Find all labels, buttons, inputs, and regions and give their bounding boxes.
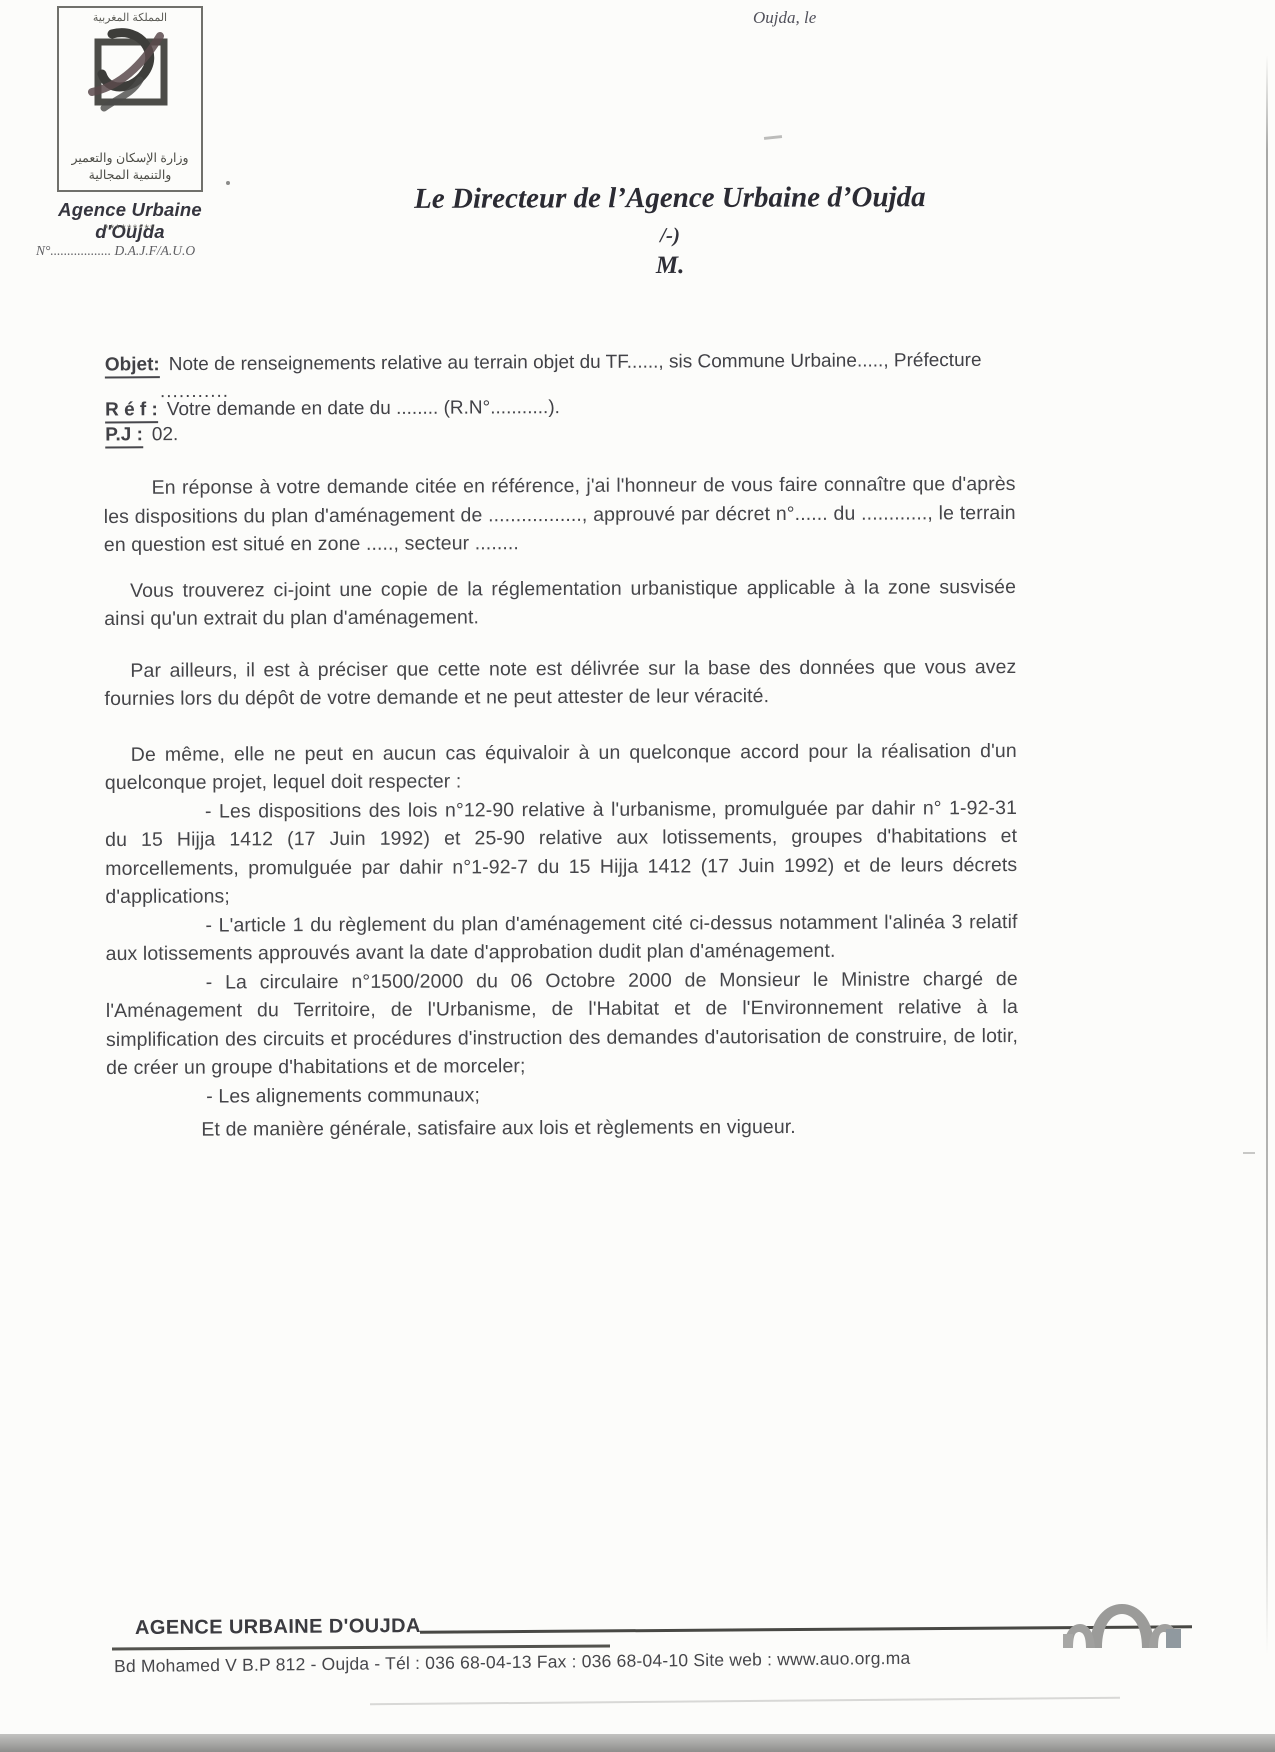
kingdom-name-arabic: المملكة المغربية	[59, 11, 201, 24]
ministry-name-arabic: وزارة الإسكان والتعمير والتنمية المجالية	[59, 150, 201, 184]
title-mark: /-)	[170, 221, 1170, 249]
paragraph-response: En réponse à votre demande citée en réfé…	[104, 470, 1016, 559]
bullet-circulaire-1500-2000: - La circulaire n°1500/2000 du 06 Octobr…	[106, 965, 1018, 1083]
paragraph-attachments: Vous trouverez ci-joint une copie de la …	[104, 573, 1016, 634]
ministry-name-line1: وزارة الإسكان والتعمير	[59, 150, 201, 167]
ref-label: R é f :	[105, 399, 158, 423]
footer-rule-bottom	[112, 1644, 610, 1650]
salutation: M.	[170, 250, 1170, 281]
paragraph-no-agreement: De même, elle ne peut en aucun cas équiv…	[105, 737, 1017, 798]
pj-line: P.J :02.	[105, 420, 1045, 447]
footer-address: Bd Mohamed V B.P 812 - Oujda - Tél : 036…	[114, 1648, 911, 1677]
scan-edge-vertical-line	[1266, 55, 1268, 1655]
scanner-bottom-bar	[0, 1734, 1275, 1752]
ref-line: R é f :Votre demande en date du ........…	[105, 395, 1045, 422]
title-block: Le Directeur de l’Agence Urbaine d’Oujda…	[170, 180, 1170, 281]
scan-page-edge-line	[370, 1697, 1120, 1706]
ref-text: Votre demande en date du ........ (R.N°.…	[167, 397, 560, 420]
pj-text: 02.	[152, 424, 179, 445]
scan-artifact-dash-small	[1243, 1152, 1255, 1154]
paragraph-closing: Et de manière générale, satisfaire aux l…	[106, 1112, 1018, 1144]
bullet-alignements: - Les alignements communaux;	[106, 1079, 1018, 1111]
scanned-letter-page: المملكة المغربية وزارة الإسكان والتعمير …	[0, 0, 1275, 1752]
objet-label: Objet:	[105, 354, 160, 378]
arch-monument-icon	[1062, 1596, 1182, 1648]
pj-label: P.J :	[105, 424, 143, 448]
ministry-logo-icon	[78, 28, 182, 124]
meta-block: Objet:Note de renseignements relative au…	[105, 350, 1045, 447]
scan-artifact-dash	[764, 135, 782, 140]
objet-line: Objet:Note de renseignements relative au…	[105, 350, 1045, 377]
letter-body: En réponse à votre demande citée en réfé…	[104, 470, 1019, 1144]
date-line: Oujda, le	[753, 8, 816, 28]
ministry-name-line2: والتنمية المجالية	[59, 167, 201, 184]
objet-text: Note de renseignements relative au terra…	[169, 350, 982, 375]
paragraph-disclaimer: Par ailleurs, il est à préciser que cett…	[104, 653, 1016, 714]
letter-title: Le Directeur de l’Agence Urbaine d’Oujda	[170, 180, 1170, 216]
bullet-article-1: - L'article 1 du règlement du plan d'amé…	[105, 908, 1017, 969]
footer-agency-name: AGENCE URBAINE D'OUJDA	[135, 1615, 421, 1640]
scan-artifact-dot	[226, 181, 230, 185]
ministry-logo-box: المملكة المغربية وزارة الإسكان والتعمير …	[57, 6, 203, 192]
bullet-law-12-90: - Les dispositions des lois n°12-90 rela…	[105, 794, 1017, 912]
